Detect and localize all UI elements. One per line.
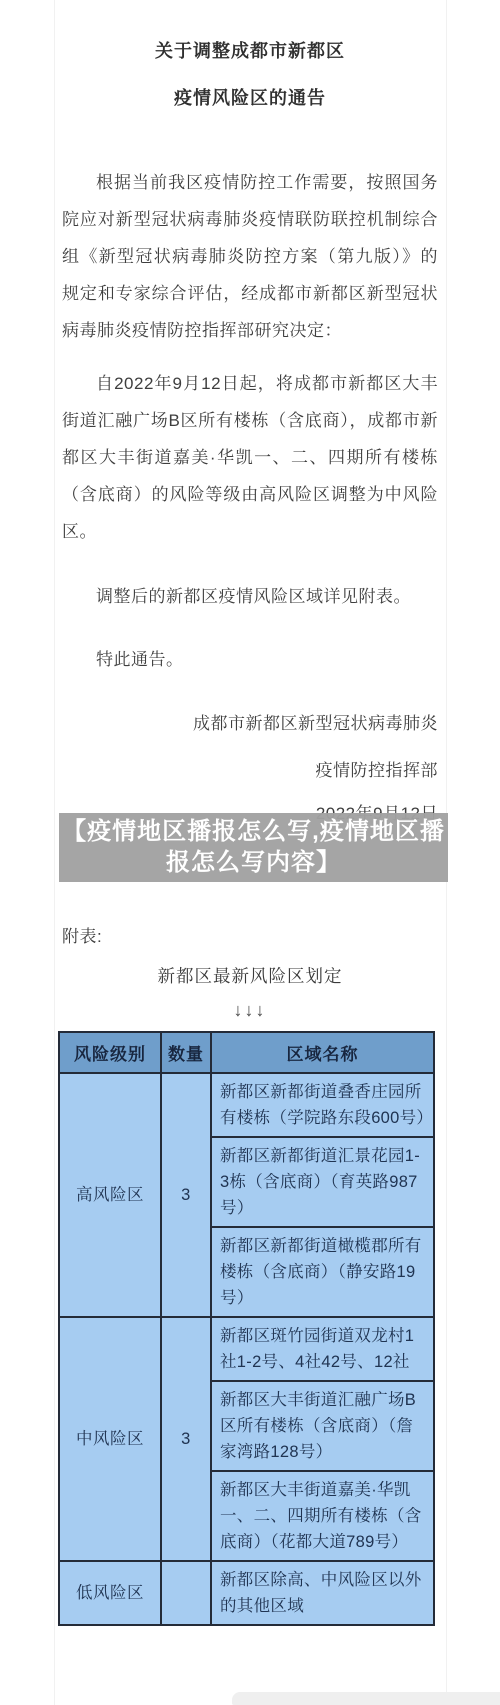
notice-page: 关于调整成都市新都区 疫情风险区的通告 根据当前我区疫情防控工作需要，按照国务院… (0, 0, 500, 1705)
count-cell-medium: 3 (161, 1317, 211, 1561)
risk-level-cell-low: 低风险区 (59, 1561, 161, 1625)
signature-line1: 成都市新都区新型冠状病毒肺炎 (62, 700, 438, 747)
signature-block: 成都市新都区新型冠状病毒肺炎 疫情防控指挥部 (62, 700, 438, 794)
down-arrows: ↓↓↓ (62, 1000, 438, 1021)
bottom-next-card-edge (232, 1692, 500, 1705)
risk-level-cell-high: 高风险区 (59, 1073, 161, 1317)
count-cell-low (161, 1561, 211, 1625)
notice-paragraph-2: 自2022年9月12日起，将成都市新都区大丰街道汇融广场B区所有楼栋（含底商），… (62, 365, 438, 550)
area-cell: 新都区大丰街道嘉美·华凯一、二、四期所有楼栋（含底商）（花都大道789号） (211, 1471, 434, 1561)
table-row: 中风险区 3 新都区斑竹园街道双龙村1社1-2号、4社42号、12社 (59, 1317, 434, 1381)
risk-level-cell-medium: 中风险区 (59, 1317, 161, 1561)
table-row: 高风险区 3 新都区新都街道叠香庄园所有楼栋（学院路东段600号） (59, 1073, 434, 1137)
notice-title-line1: 关于调整成都市新都区 (62, 28, 438, 75)
notice-paragraph-1: 根据当前我区疫情防控工作需要，按照国务院应对新型冠状病毒肺炎疫情联防联控机制综合… (62, 164, 438, 349)
notice-paragraph-4: 特此通告。 (62, 641, 438, 678)
watermark-banner: 【疫情地区播报怎么写,疫情地区播报怎么写内容】 (59, 813, 448, 882)
area-cell: 新都区大丰街道汇融广场B区所有楼栋（含底商）（詹家湾路128号） (211, 1381, 434, 1471)
area-cell: 新都区除高、中风险区以外的其他区域 (211, 1561, 434, 1625)
notice-title-line2: 疫情风险区的通告 (62, 75, 438, 122)
area-cell: 新都区新都街道叠香庄园所有楼栋（学院路东段600号） (211, 1073, 434, 1137)
area-cell: 新都区新都街道汇景花园1-3栋（含底商）（育英路987号） (211, 1137, 434, 1227)
notice-document: 关于调整成都市新都区 疫情风险区的通告 根据当前我区疫情防控工作需要，按照国务院… (0, 0, 500, 1626)
signature-line2: 疫情防控指挥部 (62, 747, 438, 794)
risk-table-header-row: 风险级别 数量 区域名称 (59, 1032, 434, 1073)
appendix-label: 附表: (62, 922, 438, 947)
area-cell: 新都区新都街道橄榄郡所有楼栋（含底商）（静安路19号） (211, 1227, 434, 1317)
risk-table-title: 新都区最新风险区划定 (62, 963, 438, 988)
table-row: 低风险区 新都区除高、中风险区以外的其他区域 (59, 1561, 434, 1625)
header-risk-level: 风险级别 (59, 1032, 161, 1073)
notice-title: 关于调整成都市新都区 疫情风险区的通告 (62, 28, 438, 122)
count-cell-high: 3 (161, 1073, 211, 1317)
header-count: 数量 (161, 1032, 211, 1073)
risk-table: 风险级别 数量 区域名称 高风险区 3 新都区新都街道叠香庄园所有楼栋（学院路东… (58, 1031, 435, 1626)
date-watermark-zone: 2022年9月12日 【疫情地区播报怎么写,疫情地区播报怎么写内容】 (62, 794, 438, 902)
notice-paragraph-3: 调整后的新都区疫情风险区域详见附表。 (62, 578, 438, 615)
area-cell: 新都区斑竹园街道双龙村1社1-2号、4社42号、12社 (211, 1317, 434, 1381)
header-area-name: 区域名称 (211, 1032, 434, 1073)
